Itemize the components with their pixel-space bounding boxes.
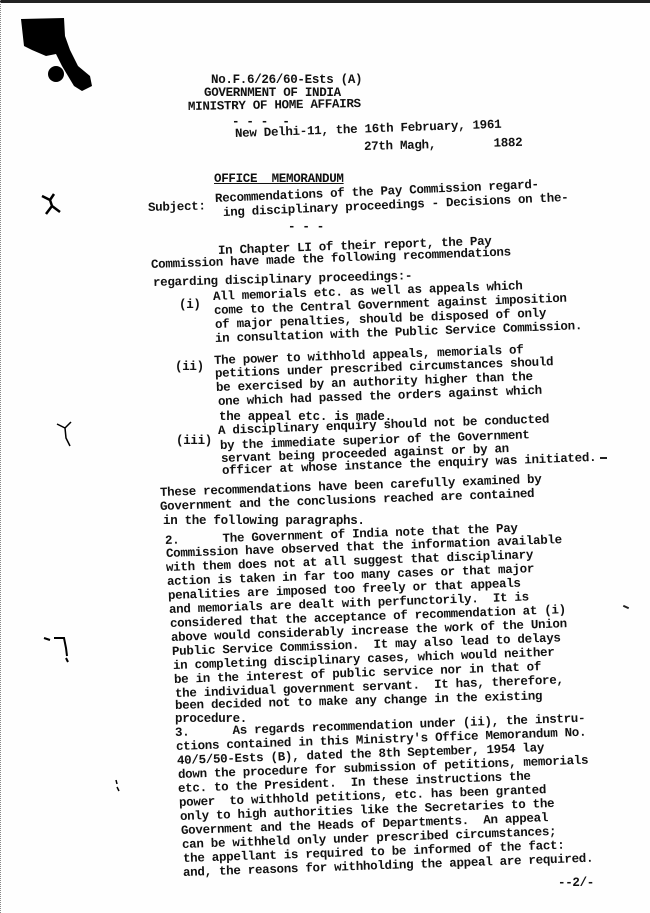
scanned-page: No.F.6/26/60-Ests (A) GOVERNMENT OF INDI…: [0, 0, 650, 913]
file-number: No.F.6/26/60-Ests (A): [211, 73, 362, 87]
margin-mark-icon: [112, 778, 122, 794]
margin-mark: [600, 457, 607, 459]
margin-mark-icon: [42, 630, 72, 666]
paragraph-line: in the following paragraphs.: [163, 514, 365, 528]
margin-mark: [623, 605, 629, 609]
margin-mark-icon: [55, 420, 77, 450]
place-date-saka: 27th Magh, 1882: [364, 136, 523, 154]
memo-title: OFFICE MEMORANDUM: [214, 172, 344, 186]
subject-label: Subject:: [148, 199, 206, 215]
margin-mark-icon: [38, 190, 68, 220]
recommendation-number: (i): [179, 298, 201, 312]
scan-top-border: [0, 0, 650, 3]
subject-separator: - - -: [288, 220, 324, 234]
ink-blot-icon: [18, 16, 98, 96]
recommendation-number: (iii): [176, 434, 212, 448]
recommendation-number: (ii): [175, 360, 204, 374]
scan-left-edge: [0, 0, 3, 913]
page-continuation: --2/-: [558, 876, 594, 890]
ministry-heading: MINISTRY OF HOME AFFAIRS: [188, 97, 361, 114]
